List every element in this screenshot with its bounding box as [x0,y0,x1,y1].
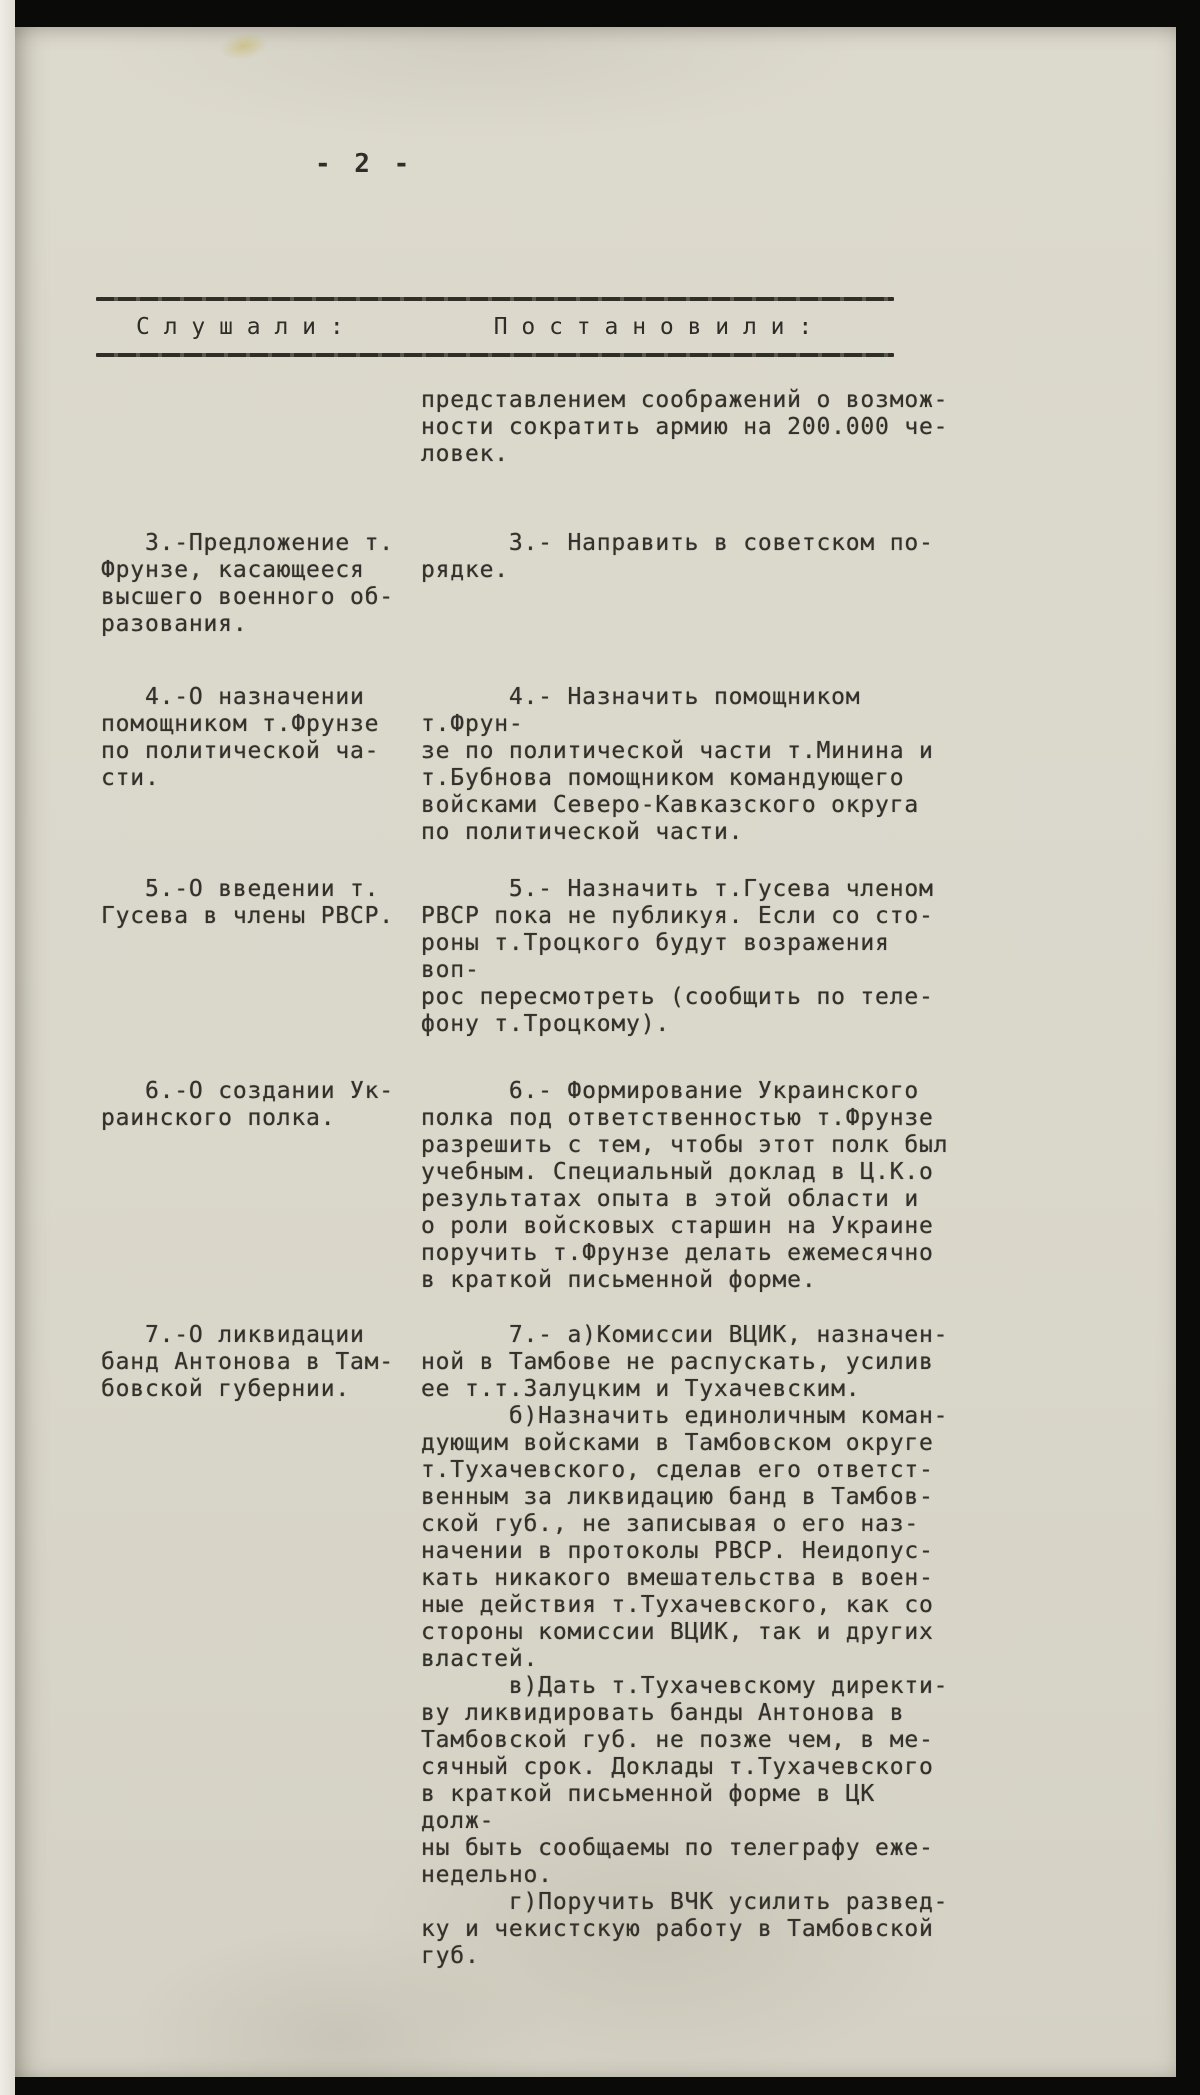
protocol-row-continuation: представлением соображений о возмож- нос… [15,387,1176,468]
table-header: С л у ш а л и : П о с т а н о в и л и : [96,297,894,357]
heard-cell: 4.-О назначении помощником т.Фрунзе по п… [15,684,421,792]
protocol-row-item-6: 6.-О создании Ук- раинского полка. 6.- Ф… [15,1078,1176,1294]
column-header-heard: С л у ш а л и : [136,314,344,340]
heard-cell: 5.-О введении т. Гусева в члены РВСР. [15,876,421,930]
tape-stain [218,28,270,63]
resolved-cell: 4.- Назначить помощником т.Фрун- зе по п… [421,684,955,846]
scan-page-edge [0,0,15,2095]
resolved-cell: представлением соображений о возмож- нос… [421,387,955,468]
header-rule-bottom [96,353,894,357]
page-number: - 2 - [315,149,1176,179]
protocol-row-item-3: 3.-Предложение т. Фрунзе, касающееся выс… [15,530,1176,638]
protocol-row-item-7: 7.-О ликвидации банд Антонова в Там- бов… [15,1322,1176,1970]
heard-cell: 7.-О ликвидации банд Антонова в Там- бов… [15,1322,421,1403]
resolved-cell: 5.- Назначить т.Гусева членом РВСР пока … [421,876,955,1038]
protocol-row-item-5: 5.-О введении т. Гусева в члены РВСР. 5.… [15,876,1176,1038]
protocol-items: представлением соображений о возмож- нос… [15,387,1176,1970]
heard-cell: 6.-О создании Ук- раинского полка. [15,1078,421,1132]
resolved-cell: 6.- Формирование Украинского полка под о… [421,1078,955,1294]
heard-cell: 3.-Предложение т. Фрунзе, касающееся выс… [15,530,421,638]
column-header-resolved: П о с т а н о в и л и : [494,314,813,340]
resolved-cell: 3.- Направить в советском по- рядке. [421,530,955,584]
document-page: - 2 - С л у ш а л и : П о с т а н о в и … [15,27,1176,2077]
protocol-row-item-4: 4.-О назначении помощником т.Фрунзе по п… [15,684,1176,846]
resolved-cell: 7.- а)Комиссии ВЦИК, назначен- ной в Там… [421,1322,955,1970]
